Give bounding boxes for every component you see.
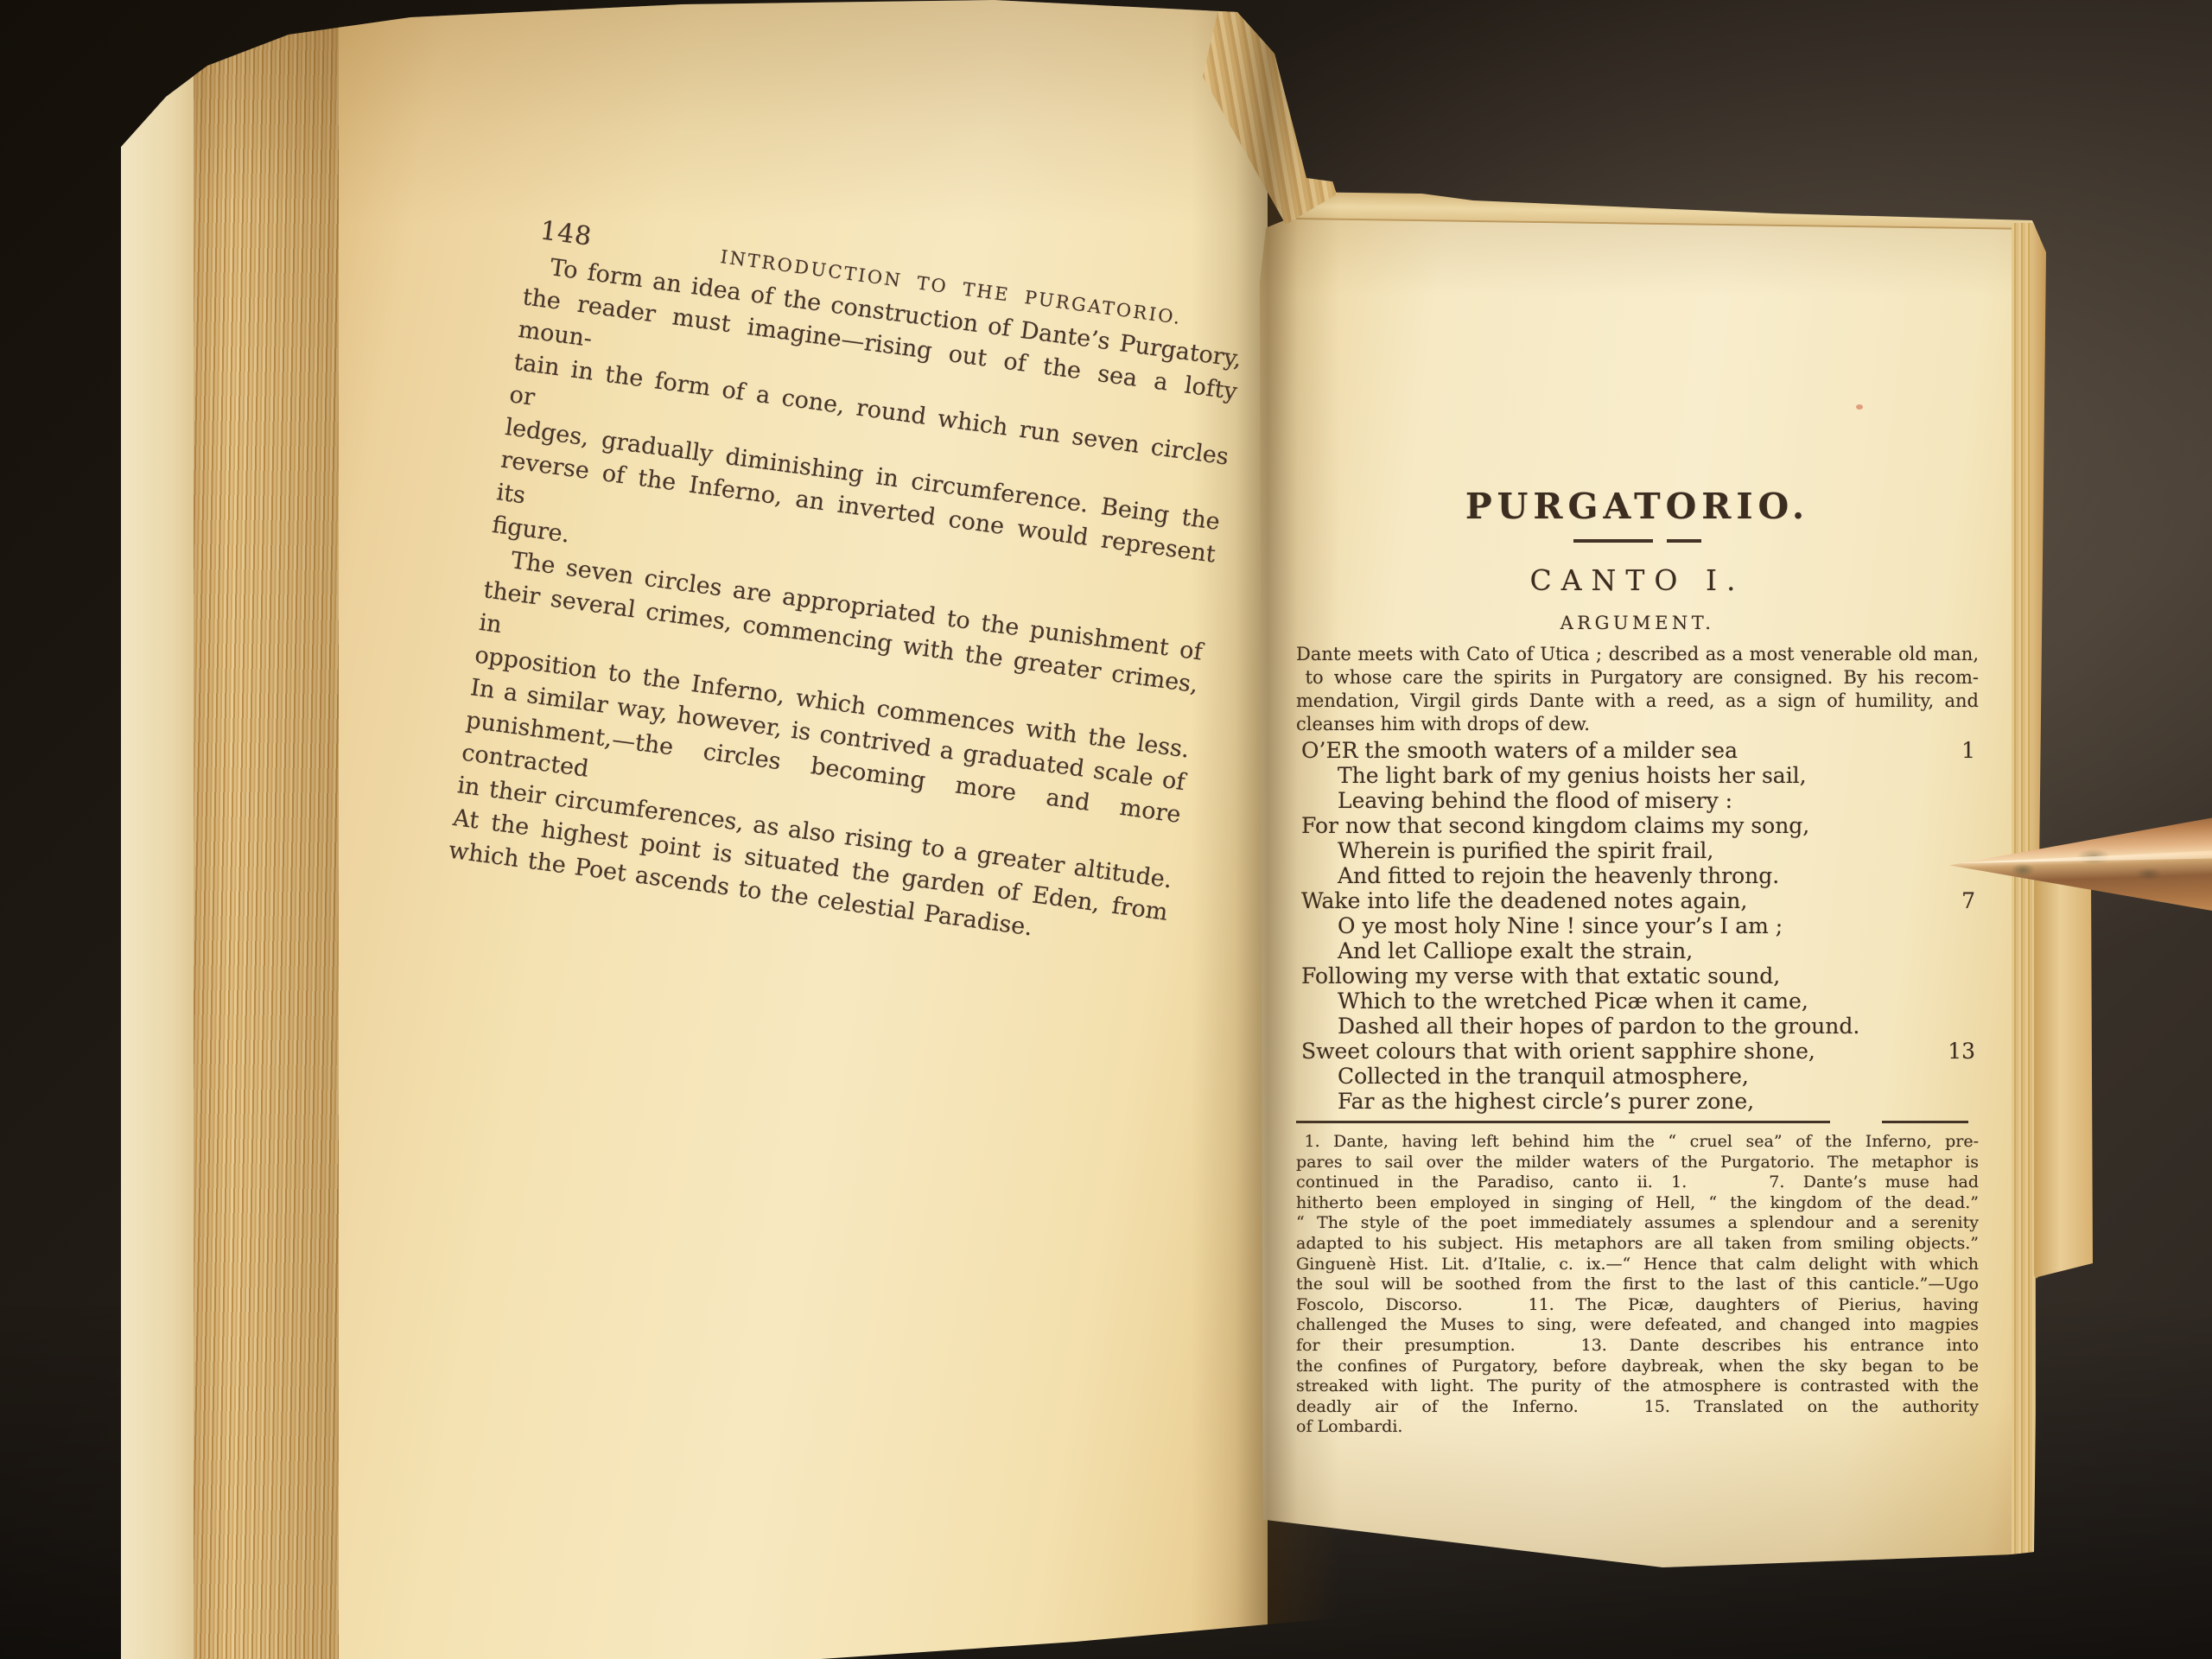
book: 148 INTRODUCTION TO THE PURGATORIO. To f… bbox=[0, 0, 2212, 1659]
footnote-line: deadly air of the Inferno. 15. Translate… bbox=[1296, 1397, 1979, 1418]
verse-text: Far as the highest circle’s purer zone, bbox=[1338, 1089, 1754, 1114]
text-line: to whose care the spirits in Purgatory a… bbox=[1296, 666, 1979, 690]
verse-line: Far as the highest circle’s purer zone, bbox=[1296, 1089, 1979, 1114]
verse-block: O’ER the smooth waters of a milder sea 1… bbox=[1296, 738, 1979, 1114]
footnote-line: Foscolo, Discorso. 11. The Picæ, daughte… bbox=[1296, 1295, 1979, 1316]
footnotes: 1. Dante, having left behind him the “ c… bbox=[1296, 1132, 1979, 1438]
verse-line: O’ER the smooth waters of a milder sea 1 bbox=[1296, 738, 1979, 763]
verse-text: Sweet colours that with orient sapphire … bbox=[1301, 1039, 1815, 1064]
right-cover-edge-upper bbox=[2032, 223, 2046, 873]
left-cover-edge bbox=[121, 50, 204, 1659]
verse-text: Following my verse with that extatic sou… bbox=[1301, 963, 1780, 988]
verse-text: O ye most holy Nine ! since your’s I am … bbox=[1338, 913, 1783, 938]
footnote-line: challenged the Muses to sing, were defea… bbox=[1296, 1315, 1979, 1336]
verse-line: Following my verse with that extatic sou… bbox=[1296, 963, 1979, 988]
verse-line: And fitted to rejoin the heavenly throng… bbox=[1296, 863, 1979, 888]
footnote-line: Ginguenè Hist. Lit. d’Italie, c. ix.—“ H… bbox=[1296, 1255, 1979, 1275]
verse-line: Leaving behind the flood of misery : bbox=[1296, 788, 1979, 813]
verse-text: For now that second kingdom claims my so… bbox=[1301, 813, 1809, 838]
footnote-line: continued in the Paradiso, canto ii. 1. … bbox=[1296, 1173, 1979, 1193]
verse-line: O ye most holy Nine ! since your’s I am … bbox=[1296, 913, 1979, 938]
verse-line: Sweet colours that with orient sapphire … bbox=[1296, 1039, 1979, 1064]
gutter-shadow bbox=[1191, 0, 1339, 1659]
verse-text: Dashed all their hopes of pardon to the … bbox=[1338, 1014, 1859, 1039]
verse-text: Which to the wretched Picæ when it came, bbox=[1338, 988, 1808, 1014]
verse-text: And fitted to rejoin the heavenly throng… bbox=[1338, 863, 1779, 888]
verse-text: The light bark of my genius hoists her s… bbox=[1338, 763, 1807, 788]
left-page-text: 148 INTRODUCTION TO THE PURGATORIO. To f… bbox=[447, 213, 1249, 963]
footnote-line: 1. Dante, having left behind him the “ c… bbox=[1296, 1132, 1979, 1153]
right-cover-edge-lower bbox=[2034, 871, 2093, 1279]
footnote-line: adapted to his subject. His metaphors ar… bbox=[1296, 1234, 1979, 1255]
photo-background: 148 INTRODUCTION TO THE PURGATORIO. To f… bbox=[0, 0, 2212, 1659]
verse-line: For now that second kingdom claims my so… bbox=[1296, 813, 1979, 838]
chapter-title: PURGATORIO. bbox=[1296, 484, 1979, 529]
verse-text: Wherein is purified the spirit frail, bbox=[1338, 838, 1713, 863]
divider-segment-long bbox=[1573, 539, 1653, 543]
verse-text: Collected in the tranquil atmosphere, bbox=[1338, 1064, 1749, 1089]
verse-line: The light bark of my genius hoists her s… bbox=[1296, 763, 1979, 788]
divider-segment-short bbox=[1882, 1121, 1968, 1123]
verse-line-number: 1 bbox=[1961, 738, 1975, 763]
verse-text: And let Calliope exalt the strain, bbox=[1338, 938, 1693, 963]
divider-segment-short bbox=[1667, 539, 1701, 543]
footnote-line: pares to sail over the milder waters of … bbox=[1296, 1153, 1979, 1173]
footnote-line: streaked with light. The purity of the a… bbox=[1296, 1376, 1979, 1397]
text-line: Dante meets with Cato of Utica ; describ… bbox=[1296, 643, 1979, 666]
verse-line: Wake into life the deadened notes again,… bbox=[1296, 888, 1979, 913]
footnote-line: the confines of Purgatory, before daybre… bbox=[1296, 1357, 1979, 1377]
verse-line: Collected in the tranquil atmosphere, bbox=[1296, 1064, 1979, 1089]
footnote-divider bbox=[1296, 1121, 1979, 1123]
verse-line: Which to the wretched Picæ when it came, bbox=[1296, 988, 1979, 1014]
verse-line: Wherein is purified the spirit frail, bbox=[1296, 838, 1979, 863]
argument-heading: ARGUMENT. bbox=[1296, 612, 1979, 634]
title-divider bbox=[1296, 539, 1979, 543]
verse-text: Leaving behind the flood of misery : bbox=[1338, 788, 1732, 813]
right-page-text: PURGATORIO. CANTO I. ARGUMENT. Dante mee… bbox=[1296, 220, 1979, 1438]
verse-line-number: 7 bbox=[1961, 888, 1975, 913]
verse-text: Wake into life the deadened notes again, bbox=[1301, 888, 1747, 913]
left-page-block-fore-edge bbox=[194, 12, 346, 1659]
text-line: cleanses him with drops of dew. bbox=[1296, 713, 1979, 736]
footnote-line: hitherto been employed in singing of Hel… bbox=[1296, 1193, 1979, 1214]
text-line: mendation, Virgil girds Dante with a ree… bbox=[1296, 690, 1979, 713]
divider-segment-long bbox=[1296, 1121, 1830, 1123]
footnote-line: “ The style of the poet immediately assu… bbox=[1296, 1213, 1979, 1234]
footnote-line: for their presumption. 13. Dante describ… bbox=[1296, 1336, 1979, 1357]
argument-text: Dante meets with Cato of Utica ; describ… bbox=[1296, 643, 1979, 736]
canto-heading: CANTO I. bbox=[1296, 563, 1979, 598]
verse-text: O’ER the smooth waters of a milder sea bbox=[1301, 738, 1738, 763]
footnote-line: the soul will be soothed from the first … bbox=[1296, 1274, 1979, 1295]
verse-line: Dashed all their hopes of pardon to the … bbox=[1296, 1014, 1979, 1039]
verse-line: And let Calliope exalt the strain, bbox=[1296, 938, 1979, 963]
footnote-line: of Lombardi. bbox=[1296, 1417, 1979, 1438]
verse-line-number: 13 bbox=[1948, 1039, 1975, 1064]
